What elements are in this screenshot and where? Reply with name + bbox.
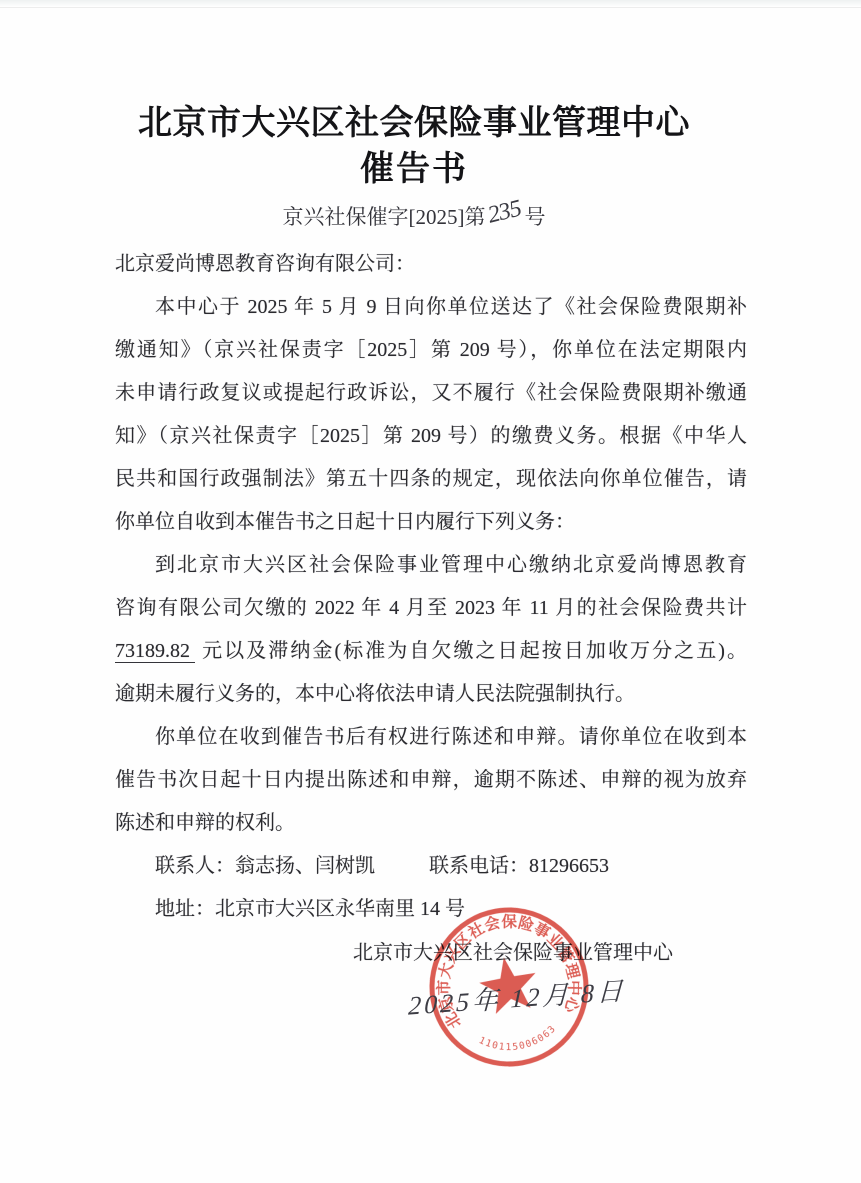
body-line: 陈述和申辩的权利。 [115, 802, 747, 845]
document-number-suffix: 号 [525, 205, 546, 229]
document-header: 北京市大兴区社会保险事业管理中心 催告书 京兴社保催字[2025]第235号 [98, 100, 730, 234]
body-line: 咨询有限公司欠缴的 2022 年 4 月至 2023 年 11 月的社会保险费共… [115, 587, 747, 630]
document-number-prefix: 京兴社保催字[2025]第 [283, 205, 486, 229]
body-line: 民共和国行政强制法》第五十四条的规定，现依法向你单位催告，请 [115, 458, 747, 501]
document-body: 北京爱尚博恩教育咨询有限公司： 本中心于 2025 年 5 月 9 日向你单位送… [115, 243, 747, 931]
issuing-org-title: 北京市大兴区社会保险事业管理中心 [98, 100, 730, 146]
body-line: 本中心于 2025 年 5 月 9 日向你单位送达了《社会保险费限期补 [115, 286, 747, 329]
body-line: 催告书次日起十日内提出陈述和申辩，逾期不陈述、申辩的视为放弃 [115, 759, 747, 802]
body-line: 知》（京兴社保责字［2025］第 209 号）的缴费义务。根据《中华人 [115, 415, 747, 458]
scanned-document-page: 北京市大兴区社会保险事业管理中心 催告书 京兴社保催字[2025]第235号 北… [0, 0, 861, 1183]
body-line: 你单位在收到催告书后有权进行陈述和申辩。请你单位在收到本 [115, 716, 747, 759]
document-number: 京兴社保催字[2025]第235号 [98, 200, 730, 234]
amount-line-rest: 元以及滞纳金(标准为自欠缴之日起按日加收万分之五)。 [195, 640, 747, 662]
body-line: 你单位自收到本催告书之日起十日内履行下列义务： [115, 501, 747, 544]
body-line: 缴通知》（京兴社保责字［2025］第 209 号），你单位在法定期限内 [115, 329, 747, 372]
body-line-with-amount: 73189.82 元以及滞纳金(标准为自欠缴之日起按日加收万分之五)。 [115, 630, 747, 673]
document-type-title: 催告书 [98, 146, 730, 192]
body-line: 逾期未履行义务的，本中心将依法申请人民法院强制执行。 [115, 673, 747, 716]
contact-phone: 联系电话：81296653 [429, 855, 609, 877]
salutation-line: 北京爱尚博恩教育咨询有限公司： [115, 243, 747, 286]
body-line: 到北京市大兴区社会保险事业管理中心缴纳北京爱尚博恩教育 [115, 544, 747, 587]
contact-line: 联系人：翁志扬、闫树凯联系电话：81296653 [115, 845, 747, 888]
contact-person: 联系人：翁志扬、闫树凯 [155, 855, 375, 877]
handwritten-document-number: 235 [481, 191, 527, 233]
body-line: 未申请行政复议或提起行政诉讼，又不履行《社会保险费限期补缴通 [115, 372, 747, 415]
scan-edge-artifact [0, 0, 861, 8]
amount-underlined: 73189.82 [115, 640, 195, 663]
